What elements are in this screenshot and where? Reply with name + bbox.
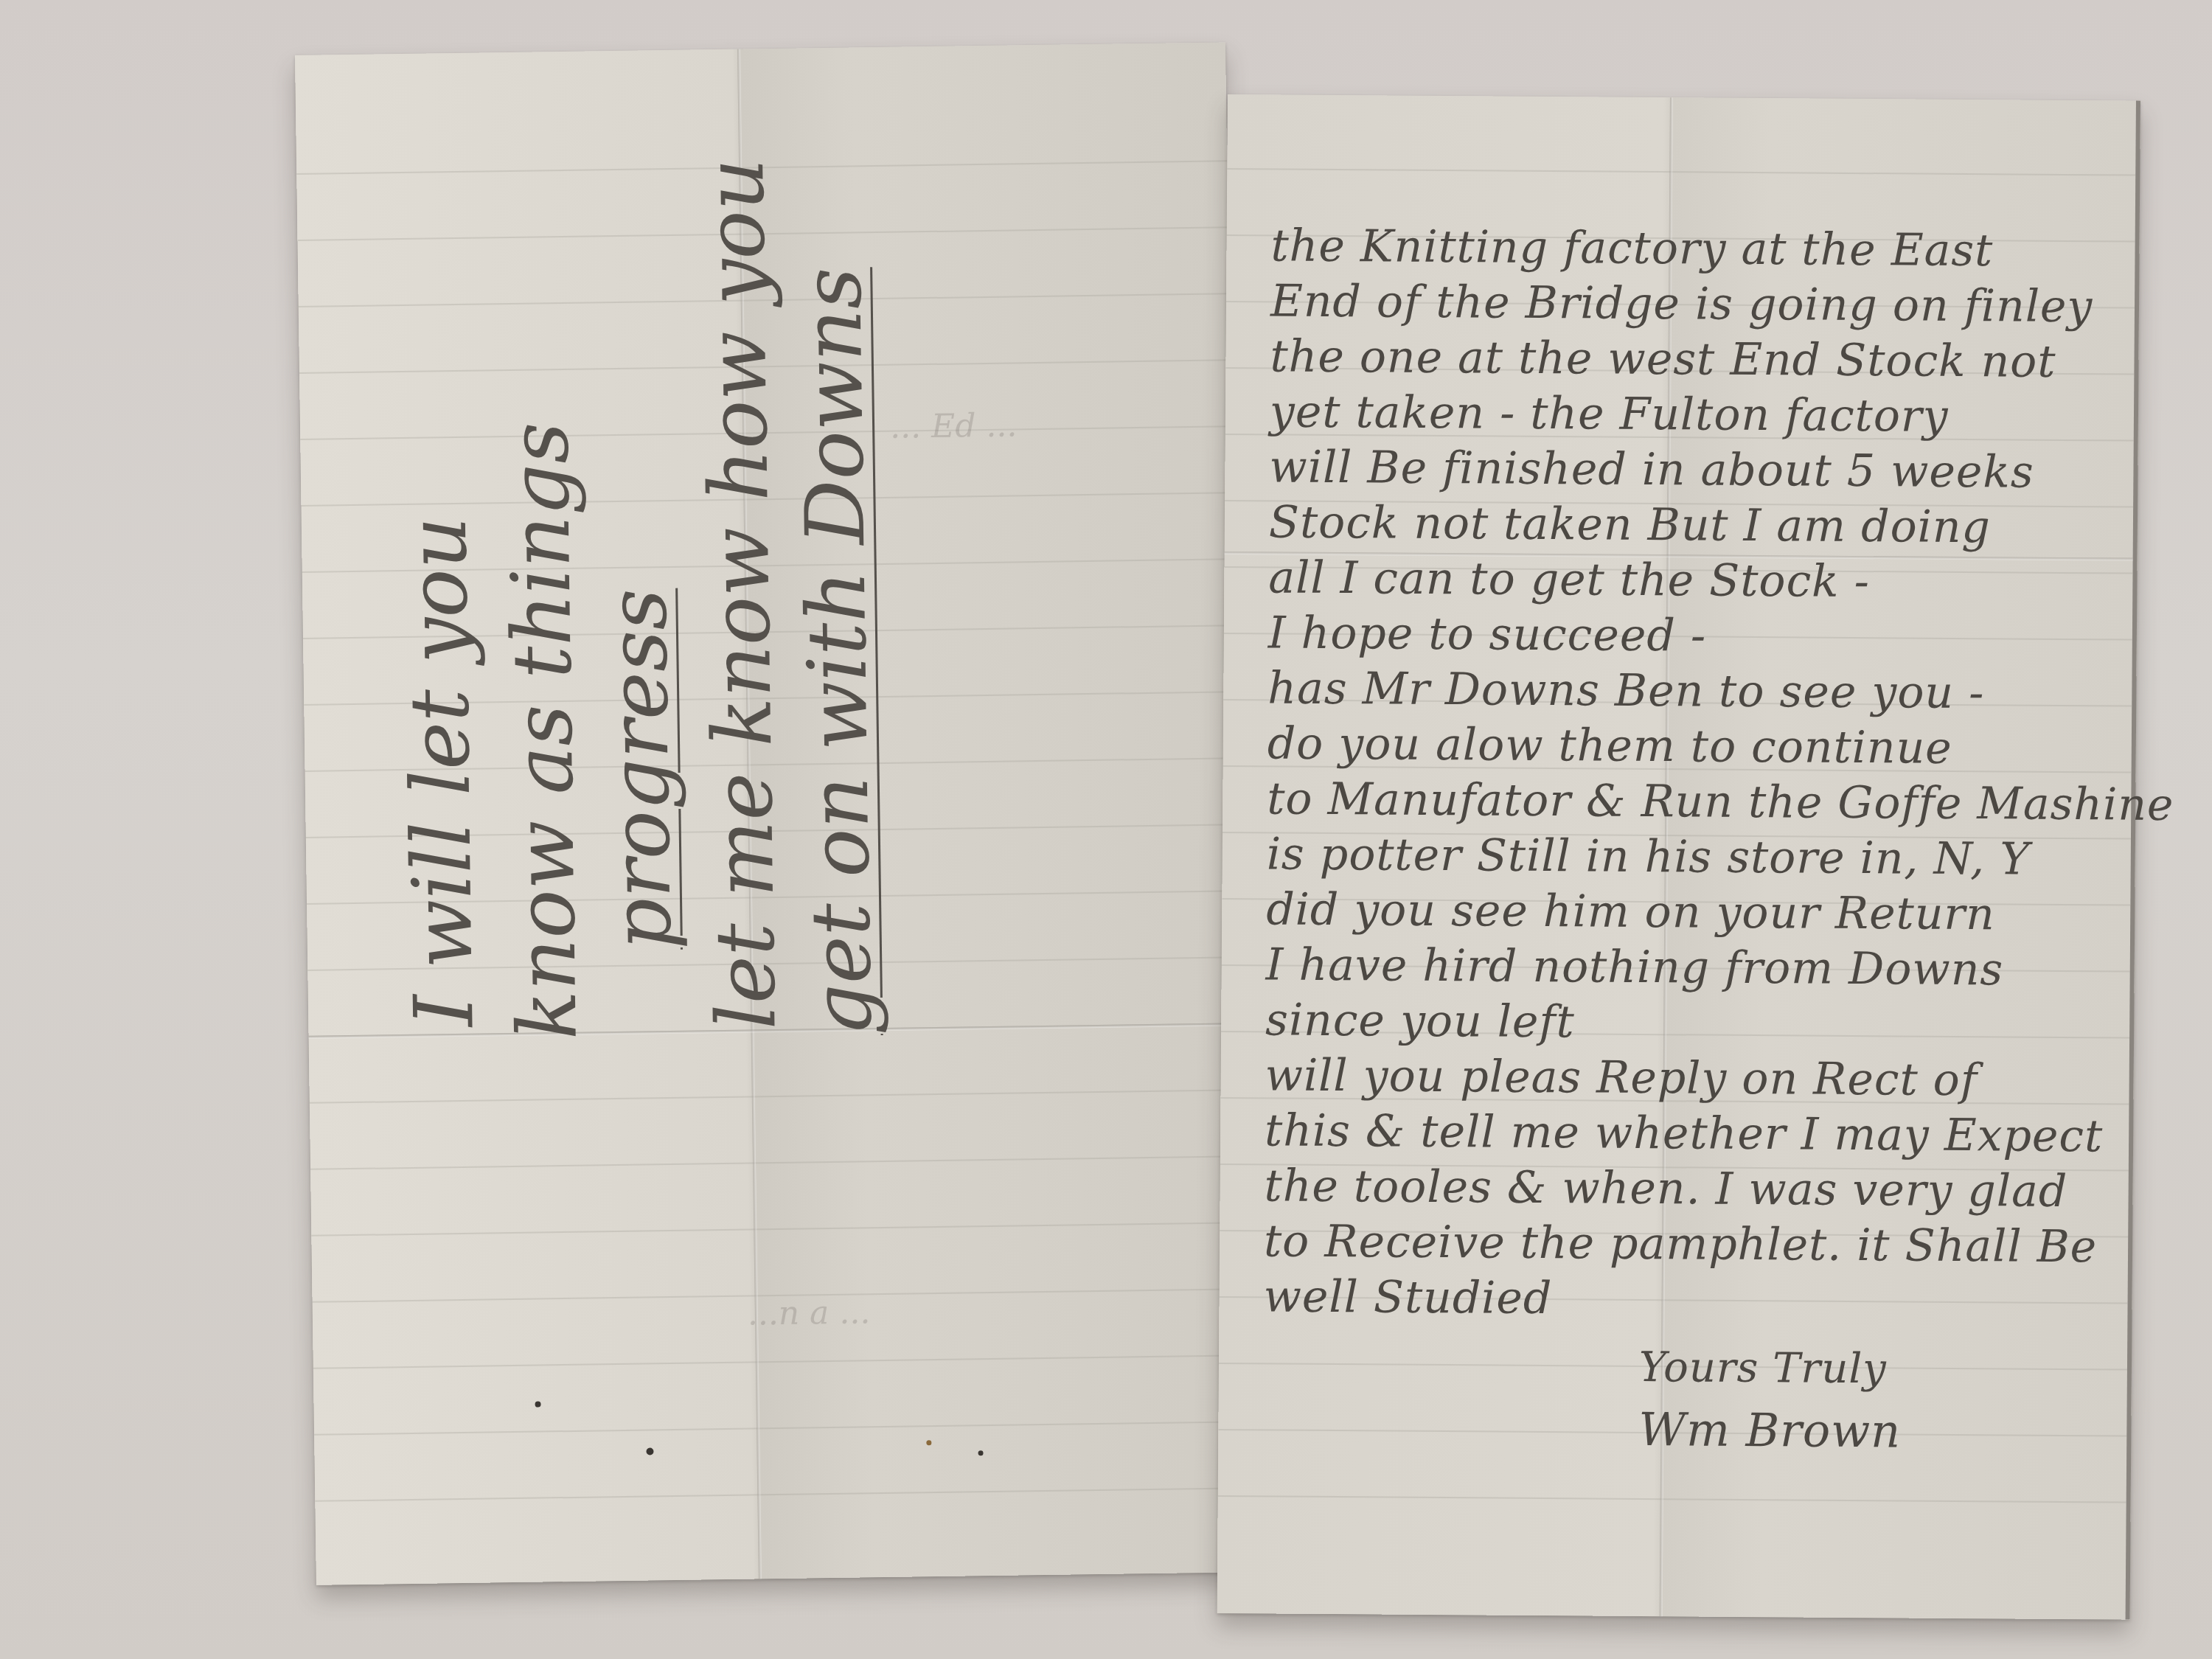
left-line-3: progress — [590, 588, 689, 950]
ruled-line — [313, 1354, 1244, 1369]
bleed-through-text: ...n a ... — [748, 1293, 871, 1332]
letter-line-7: all I can to get the Stock - — [1268, 552, 1870, 608]
letter-line-4: yet taken - the Fulton factory — [1270, 386, 1949, 442]
letter-line-20: well Studied — [1263, 1270, 1552, 1324]
letter-line-3: the one at the west End Stock not — [1270, 330, 2056, 387]
letter-line-16: will you pleas Reply on Rect of — [1265, 1049, 1978, 1106]
signature: Wm Brown — [1638, 1402, 1901, 1458]
letter-line-1: the Knitting factory at the East — [1270, 220, 1993, 276]
letter-right-page: the Knitting factory at the East End of … — [1217, 94, 2140, 1620]
ruled-line — [314, 1421, 1245, 1436]
letter-line-19: to Receive the pamphlet. it Shall Be — [1264, 1215, 2098, 1273]
letter-line-2: End of the Bridge is going on finley — [1270, 275, 2093, 333]
letter-line-12: is potter Still in his store in, N, Y — [1267, 828, 2031, 885]
left-line-5: get on with Downs — [785, 267, 890, 1037]
letter-line-18: the tooles & when. I was very glad — [1264, 1160, 2067, 1217]
letter-line-14: I have hird nothing from Downs — [1266, 939, 2004, 995]
letter-line-5: will Be finished in about 5 weeks — [1269, 441, 2034, 498]
ruled-line — [310, 1089, 1240, 1104]
rust-spot — [926, 1440, 931, 1445]
letter-line-9: has Mr Downs Ben to see you - — [1267, 662, 1985, 719]
ruled-line — [310, 1155, 1241, 1170]
letter-line-6: Stock not taken But I am doing — [1269, 496, 1991, 553]
left-line-1: I will let you — [390, 516, 492, 1027]
ruled-line — [1218, 1495, 2126, 1503]
letter-line-11: to Manufator & Run the Goffe Mashine — [1267, 773, 2174, 831]
letter-line-17: this & tell me whether I may Expect — [1265, 1105, 2103, 1162]
left-line-4: let me know how you — [687, 158, 793, 1031]
ink-speck — [646, 1447, 653, 1455]
letter-line-15: since you left — [1265, 994, 1575, 1048]
ink-speck — [535, 1402, 541, 1408]
ink-speck — [978, 1450, 984, 1455]
bleed-through-text: ... Ed ... — [890, 406, 1018, 445]
closing: Yours Truly — [1639, 1343, 1887, 1393]
letter-line-13: did you see him on your Return — [1266, 883, 1995, 940]
left-line-2: know as things — [492, 422, 595, 1041]
letter-line-8: I hope to succeed - — [1268, 607, 1707, 661]
letter-left-page: I will let you know as things progress l… — [295, 42, 1247, 1585]
ruled-line — [1227, 168, 2135, 176]
ruled-line — [315, 1487, 1245, 1502]
letter-line-10: do you alow them to continue — [1267, 717, 1952, 773]
ruled-line — [311, 1222, 1242, 1237]
